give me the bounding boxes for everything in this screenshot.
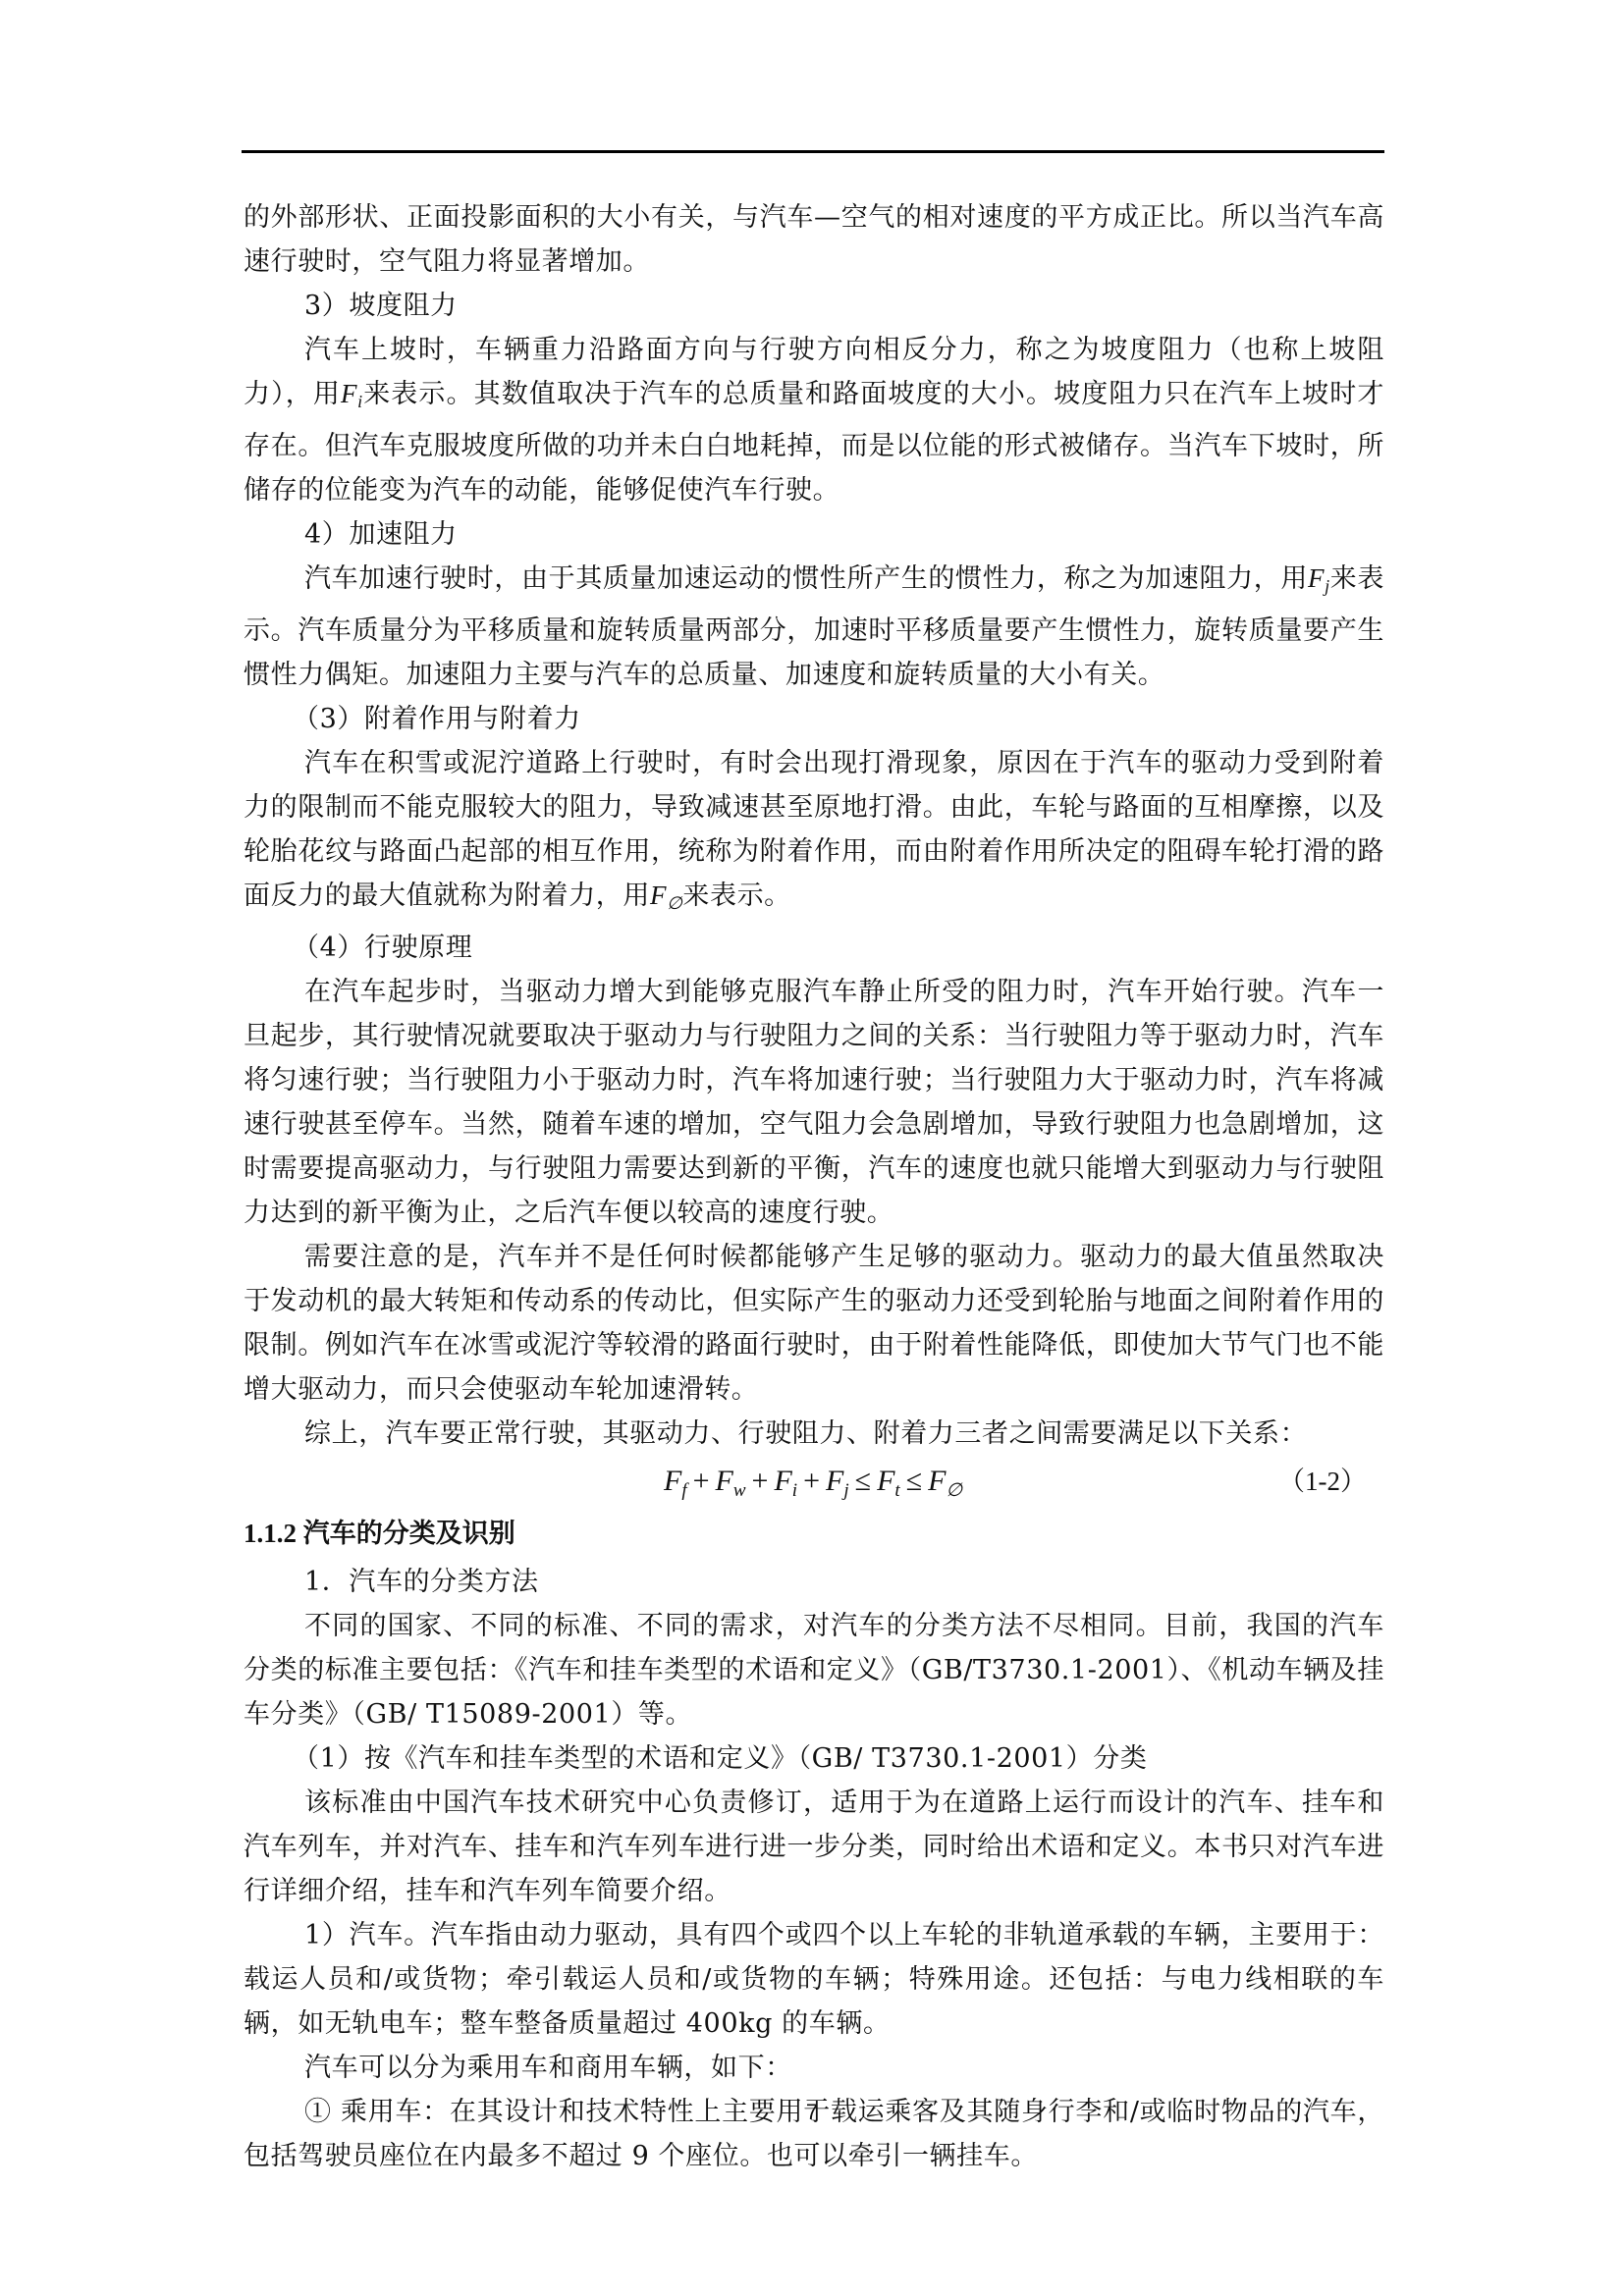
symbol-fi: Fi [341, 379, 363, 408]
subheading-driving-principle: （4）行驶原理 [244, 926, 1384, 970]
symbol-base: F [341, 379, 357, 408]
paragraph-driving-principle: 在汽车起步时，当驱动力增大到能够克服汽车静止所受的阻力时，汽车开始行驶。汽车一旦… [244, 970, 1384, 1235]
paragraph-slope-resistance: 汽车上坡时，车辆重力沿路面方向与行驶方向相反分力，称之为坡度阻力（也称上坡阻力）… [244, 328, 1384, 512]
equation-number: （1-2） [1278, 1456, 1367, 1507]
page-body: 的外部形状、正面投影面积的大小有关，与汽车—空气的相对速度的平方成正比。所以当汽… [244, 195, 1384, 2178]
term-f-i: Fi [774, 1465, 797, 1497]
term-f-f: Ff [664, 1465, 687, 1497]
paragraph-adhesion: 汽车在积雪或泥泞道路上行驶时，有时会出现打滑现象，原因在于汽车的驱动力受到附着力… [244, 741, 1384, 926]
term-f-phi: F∅ [928, 1465, 962, 1497]
text-run: 来表示。其数值取决于汽车的总质量和路面坡度的大小。坡度阻力只在汽车上坡时才存在。… [244, 379, 1384, 506]
plus-operator: + [693, 1465, 710, 1497]
symbol-f-phi: F∅ [650, 881, 682, 910]
paragraph-classification-methods: 不同的国家、不同的标准、不同的需求，对汽车的分类方法不尽相同。目前，我国的汽车分… [244, 1604, 1384, 1736]
paragraph-standard: 该标准由中国汽车技术研究中心负责修订，适用于为在道路上运行而设计的汽车、挂车和汽… [244, 1781, 1384, 1913]
leq-operator: ≤ [906, 1465, 922, 1497]
plus-operator: + [752, 1465, 769, 1497]
subheading-acceleration-resistance: 4）加速阻力 [244, 512, 1384, 557]
subheading-adhesion: （3）附着作用与附着力 [244, 697, 1384, 741]
term-f-t: Ft [877, 1465, 900, 1497]
page-number: 7 [0, 2100, 1624, 2125]
symbol-subscript: ∅ [667, 893, 682, 913]
paragraph-vehicle-division: 汽车可以分为乘用车和商用车辆，如下： [244, 2046, 1384, 2090]
text-run: 汽车在积雪或泥泞道路上行驶时，有时会出现打滑现象，原因在于汽车的驱动力受到附着力… [244, 748, 1384, 911]
symbol-fj: Fj [1308, 563, 1330, 593]
subheading-classification-methods: 1．汽车的分类方法 [244, 1560, 1384, 1604]
symbol-base: F [1308, 563, 1325, 593]
paragraph-summary: 综上，汽车要正常行驶，其驱动力、行驶阻力、附着力三者之间需要满足以下关系： [244, 1412, 1384, 1456]
symbol-base: F [650, 881, 667, 910]
text-run: 汽车加速行驶时，由于其质量加速运动的惯性所产生的惯性力，称之为加速阻力，用 [304, 563, 1308, 594]
leq-operator: ≤ [855, 1465, 871, 1497]
header-rule [242, 150, 1384, 153]
text-run: 来表示。 [682, 881, 790, 911]
plus-operator: + [803, 1465, 820, 1497]
paragraph-vehicle-definition: 1）汽车。汽车指由动力驱动，具有四个或四个以上车轮的非轨道承载的车辆，主要用于：… [244, 1913, 1384, 2046]
subheading-slope-resistance: 3）坡度阻力 [244, 284, 1384, 328]
paragraph-air-resistance-end: 的外部形状、正面投影面积的大小有关，与汽车—空气的相对速度的平方成正比。所以当汽… [244, 195, 1384, 284]
equation-1-2: Ff+Fw+Fi+Fj≤Ft≤F∅ （1-2） [244, 1456, 1384, 1507]
term-f-j: Fj [826, 1465, 849, 1497]
term-f-w: Fw [716, 1465, 746, 1497]
paragraph-note: 需要注意的是，汽车并不是任何时候都能够产生足够的驱动力。驱动力的最大值虽然取决于… [244, 1235, 1384, 1412]
subheading-by-standard: （1）按《汽车和挂车类型的术语和定义》（GB/ T3730.1-2001）分类 [244, 1736, 1384, 1781]
formula-expression: Ff+Fw+Fi+Fj≤Ft≤F∅ [664, 1456, 962, 1517]
paragraph-acceleration-resistance: 汽车加速行驶时，由于其质量加速运动的惯性所产生的惯性力，称之为加速阻力，用Fj来… [244, 557, 1384, 697]
